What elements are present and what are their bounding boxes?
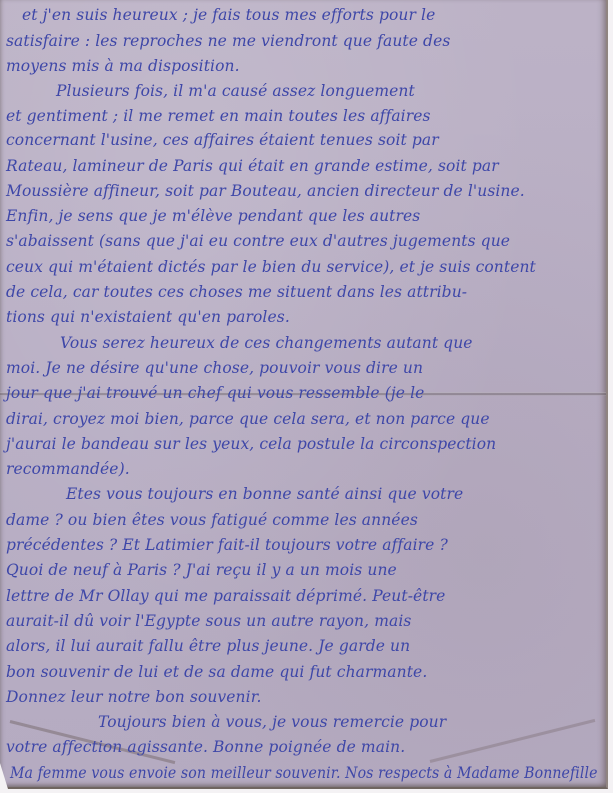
handwritten-line: Donnez leur notre bon souvenir. bbox=[6, 688, 262, 706]
handwritten-line: moi. Je ne désire qu'une chose, pouvoir … bbox=[6, 359, 423, 377]
handwritten-line: Plusieurs fois, il m'a causé assez longu… bbox=[56, 82, 415, 100]
handwritten-line: alors, il lui aurait fallu être plus jeu… bbox=[6, 637, 410, 655]
handwritten-line: et j'en suis heureux ; je fais tous mes … bbox=[22, 6, 435, 24]
handwritten-line: de cela, car toutes ces choses me situen… bbox=[6, 283, 467, 301]
handwritten-line: j'aurai le bandeau sur les yeux, cela po… bbox=[6, 435, 496, 453]
handwritten-line: votre affection agissante. Bonne poignée… bbox=[6, 738, 405, 756]
letter-page: et j'en suis heureux ; je fais tous mes … bbox=[0, 0, 608, 789]
handwritten-line: s'abaissent (sans que j'ai eu contre eux… bbox=[6, 232, 510, 250]
handwritten-line: bon souvenir de lui et de sa dame qui fu… bbox=[6, 663, 427, 681]
handwritten-line: moyens mis à ma disposition. bbox=[6, 57, 240, 75]
handwritten-line: jour que j'ai trouvé un chef qui vous re… bbox=[6, 384, 424, 402]
handwritten-line: et gentiment ; il me remet en main toute… bbox=[6, 107, 431, 125]
handwritten-line: dame ? ou bien êtes vous fatigué comme l… bbox=[6, 511, 418, 529]
handwritten-line: ceux qui m'étaient dictés par le bien du… bbox=[6, 258, 536, 276]
handwritten-line: satisfaire : les reproches ne me viendro… bbox=[6, 32, 450, 50]
handwritten-line: Quoi de neuf à Paris ? J'ai reçu il y a … bbox=[6, 561, 397, 579]
handwritten-line: Rateau, lamineur de Paris qui était en g… bbox=[6, 157, 499, 175]
handwritten-line: Enfin, je sens que je m'élève pendant qu… bbox=[6, 207, 420, 225]
handwritten-line: précédentes ? Et Latimier fait-il toujou… bbox=[6, 536, 448, 554]
handwritten-line: Etes vous toujours en bonne santé ainsi … bbox=[66, 485, 463, 503]
handwritten-line: recommandée). bbox=[6, 460, 130, 478]
handwritten-line: Vous serez heureux de ces changements au… bbox=[60, 334, 473, 352]
handwritten-line: Moussière affineur, soit par Bouteau, an… bbox=[6, 182, 525, 200]
handwritten-line: aurait-il dû voir l'Egypte sous un autre… bbox=[6, 612, 411, 630]
handwritten-line: Ma femme vous envoie son meilleur souven… bbox=[10, 764, 598, 782]
handwritten-line: dirai, croyez moi bien, parce que cela s… bbox=[6, 410, 490, 428]
handwritten-line: lettre de Mr Ollay qui me paraissait dép… bbox=[6, 587, 445, 605]
handwritten-text: et j'en suis heureux ; je fais tous mes … bbox=[0, 0, 606, 787]
handwritten-line: Toujours bien à vous, je vous remercie p… bbox=[98, 713, 446, 731]
handwritten-line: concernant l'usine, ces affaires étaient… bbox=[6, 131, 439, 149]
handwritten-line: tions qui n'existaient qu'en paroles. bbox=[6, 308, 290, 326]
